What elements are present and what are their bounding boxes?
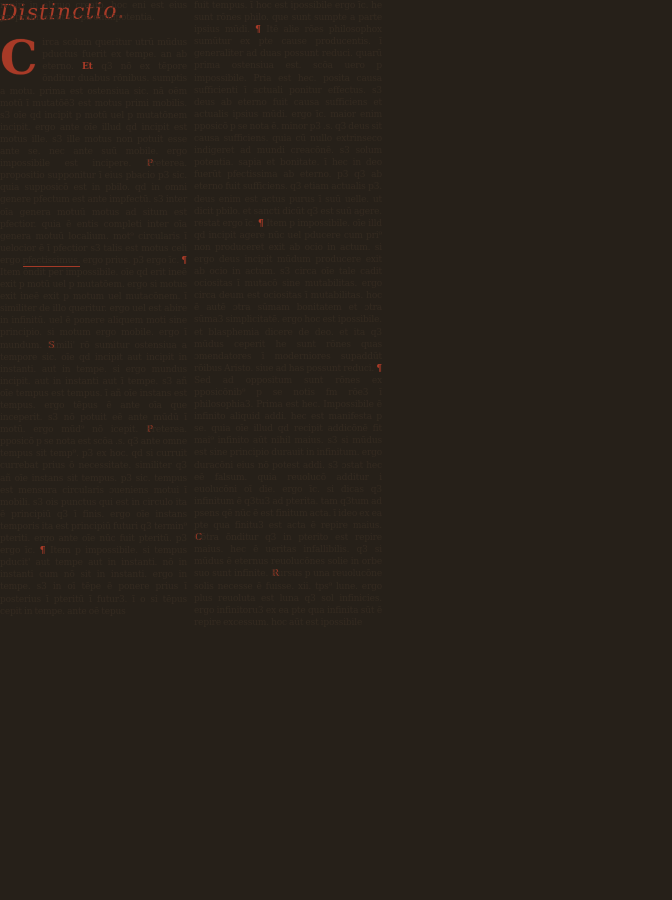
text-run: Itē alie rōes philosophox sumūtur ex pte… xyxy=(194,25,382,229)
rubric-mark: ¶ xyxy=(181,256,187,266)
text-run: pfectissimus. xyxy=(23,256,81,267)
text-run: ergo prius. p3 ergo īc. xyxy=(80,256,181,266)
text-run: R xyxy=(271,569,278,579)
text-run: reterea. pposicō p se nota est scōa .s. … xyxy=(0,425,187,556)
left-column: repiri in aliquo creato. hoc eni est eiu… xyxy=(0,0,187,629)
text-run: imili' rō sumitur ostensiua a tempore si… xyxy=(0,341,187,436)
text-run: Item p impossibile. si tempus pducit' au… xyxy=(0,546,187,616)
paragraph: fuit tempus. ī hoc est ipossibile ergo ī… xyxy=(194,0,382,629)
text-run: C xyxy=(194,533,201,543)
right-column: fuit tempus. ī hoc est ipossibile ergo ī… xyxy=(194,0,382,629)
paragraph: Circa scdum queritur utrū mūdus pductus … xyxy=(0,37,187,618)
rubric-mark: ¶ xyxy=(40,546,50,556)
text-run: reterea. propositio supponitur ī eius pb… xyxy=(0,159,187,266)
text-run: Sed ad oppositum sunt rōnes ex pposicōni… xyxy=(194,376,382,531)
text-run: repiri in aliquo creato. hoc eni est eiu… xyxy=(0,1,187,23)
text-run: Item ōndit per impossibile. oīe qd erit … xyxy=(0,268,187,351)
text-run: Item p impossibile. oīe illd qd incipit … xyxy=(194,219,382,374)
rubricated-initial: C xyxy=(0,37,42,79)
rubric-mark: ¶ xyxy=(376,364,382,374)
book-photograph: Distinctio. repiri in aliquo creato. hoc… xyxy=(0,0,672,900)
rubric-mark: Et xyxy=(82,62,101,72)
paragraph: repiri in aliquo creato. hoc eni est eiu… xyxy=(0,0,187,24)
text-block: repiri in aliquo creato. hoc eni est eiu… xyxy=(0,0,382,629)
rubric-mark: ¶ xyxy=(255,25,266,35)
